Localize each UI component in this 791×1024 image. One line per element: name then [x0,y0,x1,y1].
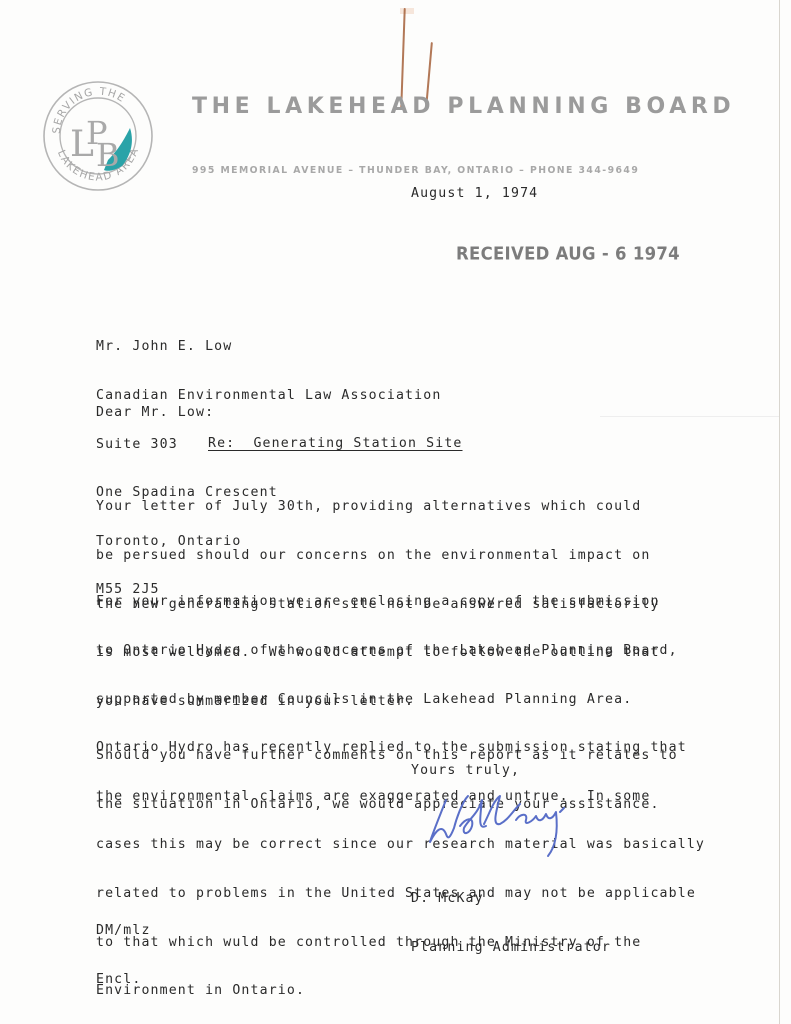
organization-address: 995 MEMORIAL AVENUE – THUNDER BAY, ONTAR… [192,165,662,176]
subject-line: Re: Generating Station Site [208,436,463,451]
enclosure-note: Encl. [96,972,151,988]
svg-text:B: B [96,136,120,174]
body-line: to Ontario Hydro of the concerns of the … [96,643,705,659]
signer-title: Planning Administrator [411,940,611,956]
lakehead-planning-board-logo: SERVING THE LAKEHEAD AREA L P B [42,80,154,192]
recipient-line: Mr. John E. Low [96,339,441,355]
body-line: For your information we are enclosing a … [96,594,705,610]
closing: Yours truly, [411,763,520,778]
staple-mark [400,8,405,108]
body-line: Should you have further comments on this… [96,748,678,764]
handwritten-signature-icon [420,790,620,860]
received-stamp: RECEIVED AUG - 6 1974 [456,244,680,264]
body-line: related to problems in the United States… [96,886,705,902]
logo-emblem-icon: SERVING THE LAKEHEAD AREA L P B [42,80,154,192]
scan-artifact-line [600,416,779,417]
organization-name: THE LAKEHEAD PLANNING BOARD [192,94,662,119]
body-line: Environment in Ontario. [96,983,705,999]
body-line: Your letter of July 30th, providing alte… [96,499,660,515]
letter-page: SERVING THE LAKEHEAD AREA L P B THE LAKE… [0,0,791,1024]
salutation: Dear Mr. Low: [96,405,214,420]
recipient-line: Canadian Environmental Law Association [96,388,441,404]
body-line: supported by member Councils in the Lake… [96,692,705,708]
signer-name: D. McKay [411,891,611,907]
page-edge-shadow [779,0,780,1024]
body-line: to that which wuld be controlled through… [96,935,705,951]
reference-block: DM/mlz Encl. [96,891,151,1021]
signer-block: D. McKay Planning Administrator [411,859,611,989]
reference-initials: DM/mlz [96,923,151,939]
letter-date: August 1, 1974 [411,186,538,201]
staple-stain [400,8,414,14]
